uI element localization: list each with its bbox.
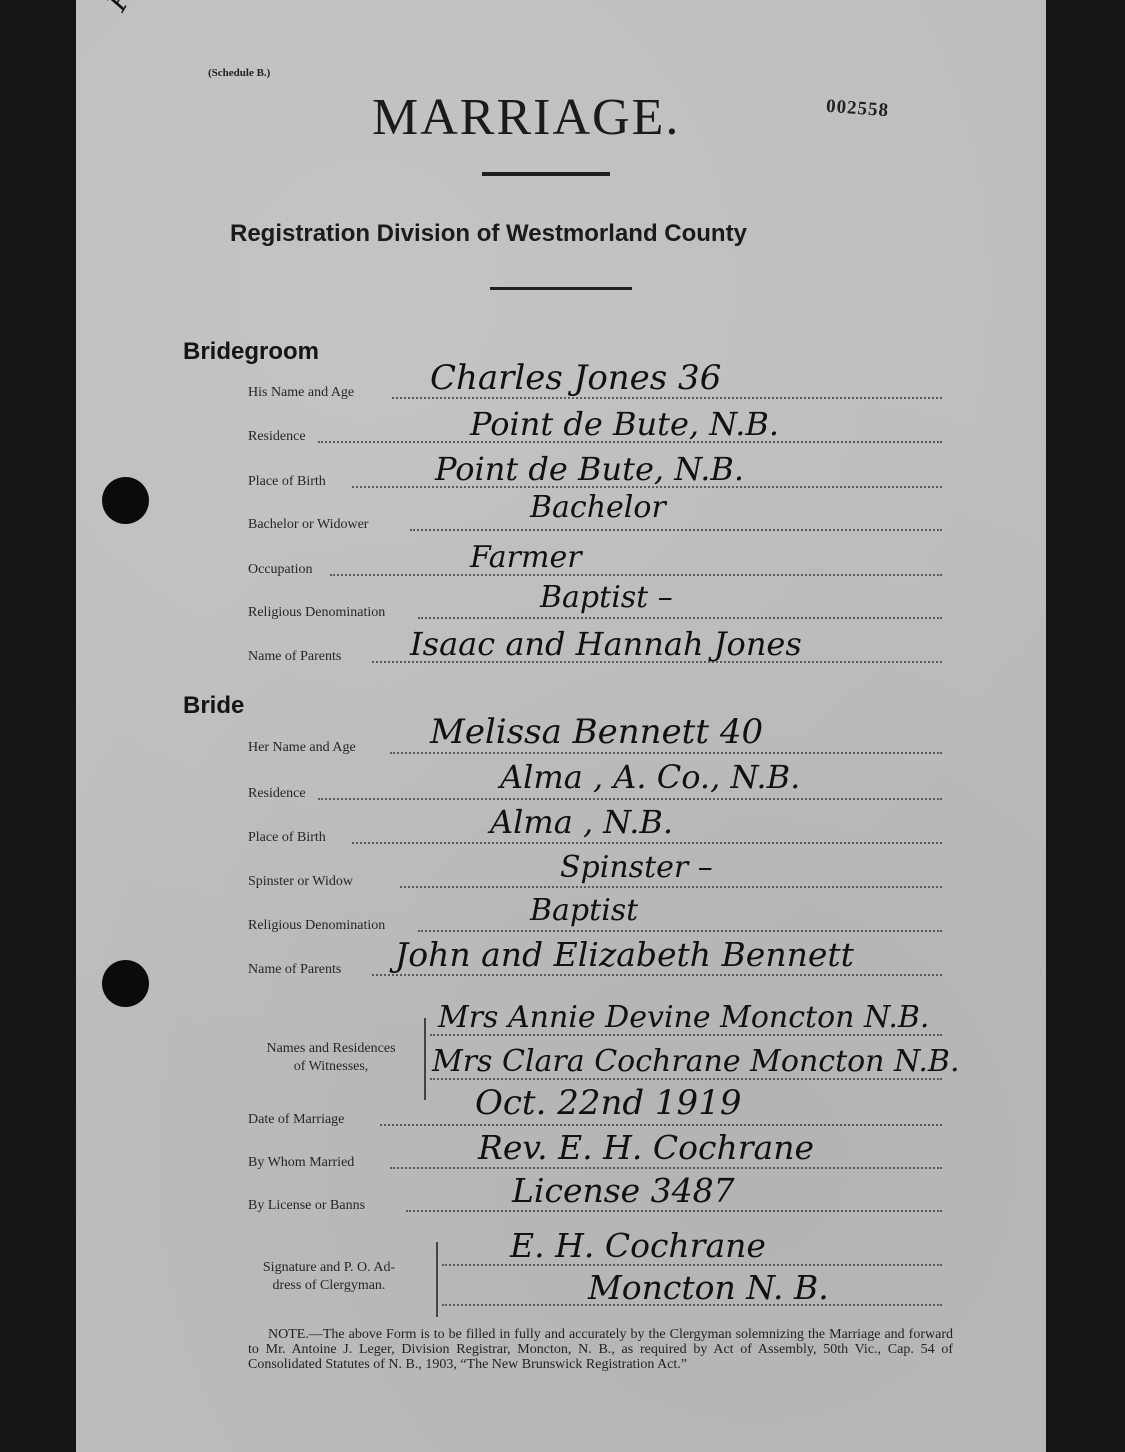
bride-birthplace-line — [352, 842, 942, 844]
bride-name-value: Melissa Bennett 40 — [430, 712, 763, 752]
groom-status-value: Bachelor — [530, 490, 666, 525]
clergyman-signature: E. H. Cochrane — [510, 1226, 766, 1265]
officiant-value: Rev. E. H. Cochrane — [478, 1128, 814, 1167]
groom-residence-value: Point de Bute, N.B. — [470, 405, 779, 443]
bride-religion-label: Religious Denomination — [248, 918, 385, 934]
bride-name-label: Her Name and Age — [248, 740, 356, 756]
bride-status-line — [400, 886, 942, 888]
registration-division: Registration Division of Westmorland Cou… — [230, 220, 747, 248]
bridegroom-heading: Bridegroom — [183, 338, 319, 366]
license-line — [406, 1210, 942, 1212]
groom-occupation-value: Farmer — [470, 540, 582, 575]
bride-status-label: Spinster or Widow — [248, 874, 353, 890]
date-line — [380, 1124, 942, 1126]
punch-hole-top — [102, 477, 149, 524]
bride-parents-label: Name of Parents — [248, 962, 341, 978]
bride-residence-value: Alma , A. Co., N.B. — [500, 758, 800, 796]
signature-brace — [436, 1242, 438, 1317]
license-value: License 3487 — [512, 1171, 735, 1210]
division-rule — [490, 287, 632, 290]
date-value: Oct. 22nd 1919 — [475, 1083, 741, 1123]
groom-birthplace-label: Place of Birth — [248, 474, 326, 490]
form-note: NOTE.—The above Form is to be filled in … — [248, 1327, 953, 1372]
bride-religion-value: Baptist — [530, 893, 638, 928]
title-rule — [482, 172, 610, 176]
signature-label-line2: dress of Clergyman. — [244, 1278, 414, 1294]
groom-occupation-line — [330, 574, 942, 576]
bride-religion-line — [418, 930, 942, 932]
groom-religion-line — [418, 617, 942, 619]
punch-hole-bottom — [102, 960, 149, 1007]
groom-name-label: His Name and Age — [248, 385, 354, 401]
witnesses-label-line2: of Witnesses, — [248, 1059, 414, 1075]
groom-parents-label: Name of Parents — [248, 649, 341, 665]
date-label: Date of Marriage — [248, 1112, 344, 1128]
serial-number: 002558 — [825, 96, 889, 122]
bride-parents-value: John and Elizabeth Bennett — [395, 935, 854, 974]
bride-heading: Bride — [183, 692, 244, 720]
document-title: MARRIAGE. — [372, 88, 680, 147]
clergyman-address: Moncton N. B. — [588, 1268, 829, 1307]
witness-1-value: Mrs Annie Devine Moncton N.B. — [438, 1000, 929, 1035]
groom-residence-label: Residence — [248, 429, 306, 445]
groom-parents-value: Isaac and Hannah Jones — [410, 625, 802, 663]
bride-residence-line — [318, 798, 942, 800]
witnesses-label-line1: Names and Residences — [248, 1041, 414, 1057]
groom-religion-value: Baptist – — [540, 580, 673, 615]
groom-birthplace-value: Point de Bute, N.B. — [435, 450, 744, 488]
bride-birthplace-value: Alma , N.B. — [490, 803, 673, 841]
groom-occupation-label: Occupation — [248, 562, 313, 578]
bride-residence-label: Residence — [248, 786, 306, 802]
groom-status-line — [410, 529, 942, 531]
groom-status-label: Bachelor or Widower — [248, 517, 368, 533]
witnesses-brace — [424, 1018, 426, 1100]
signature-label-line1: Signature and P. O. Ad- — [244, 1260, 414, 1276]
groom-name-value: Charles Jones 36 — [430, 358, 721, 398]
bride-birthplace-label: Place of Birth — [248, 830, 326, 846]
schedule-label: (Schedule B.) — [208, 67, 270, 79]
license-label: By License or Banns — [248, 1198, 365, 1214]
officiant-label: By Whom Married — [248, 1155, 354, 1171]
groom-religion-label: Religious Denomination — [248, 605, 385, 621]
bride-parents-line — [372, 974, 942, 976]
bride-status-value: Spinster – — [560, 850, 713, 885]
bride-name-line — [390, 752, 942, 754]
officiant-line — [390, 1167, 942, 1169]
witness-2-value: Mrs Clara Cochrane Moncton N.B. — [432, 1044, 960, 1079]
